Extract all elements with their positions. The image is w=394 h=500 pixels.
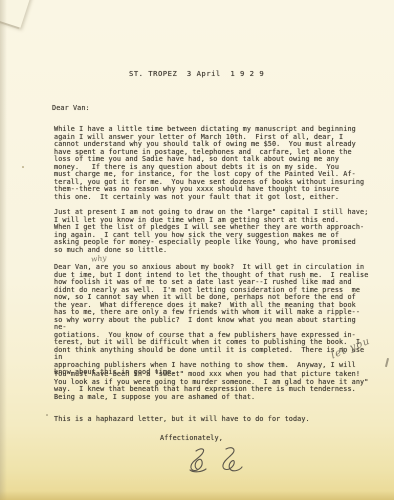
letter-page: ST. TROPEZ 3 April 1 9 2 9 Dear Van: Whi… bbox=[0, 0, 394, 500]
letter-paragraph: This is a haphazard letter, but it will … bbox=[54, 416, 372, 424]
closing-valediction: Affectionately, bbox=[160, 435, 223, 443]
scan-edge-bottom bbox=[0, 491, 394, 500]
salutation: Dear Van: bbox=[52, 105, 90, 113]
paper-speck bbox=[46, 414, 48, 416]
paper-speck bbox=[22, 166, 24, 168]
handwritten-insertion: why bbox=[91, 253, 107, 264]
pencil-mark bbox=[385, 358, 389, 367]
letter-paragraph: Just at present I am not going to draw o… bbox=[54, 209, 372, 254]
dateline: ST. TROPEZ 3 April 1 9 2 9 bbox=[129, 70, 264, 78]
letter-paragraph: Dear Van, are you so anxious about my bo… bbox=[54, 264, 372, 377]
letter-paragraph: You must have been in a "sweet" mood xxx… bbox=[54, 371, 372, 401]
letter-paragraph: While I have a little time between dicta… bbox=[54, 126, 372, 201]
signature-initials-icon bbox=[182, 443, 252, 475]
scan-edge-left bbox=[0, 0, 7, 500]
